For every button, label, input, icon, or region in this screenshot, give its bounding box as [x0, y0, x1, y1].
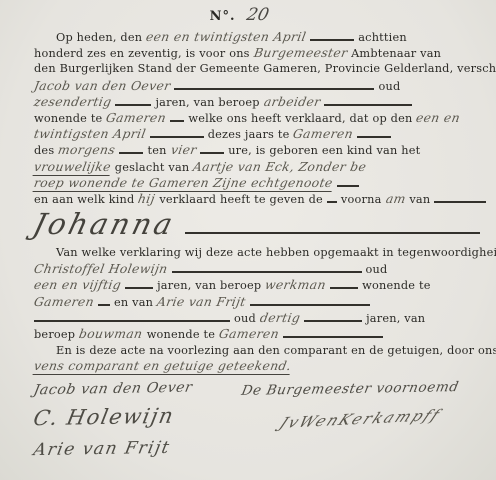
document-line: vens comparant en getuige geteekend. [34, 358, 484, 374]
printed-text: wonende te [362, 279, 430, 292]
printed-text: jaren, van beroep [157, 279, 261, 292]
printed-text: dezes jaars te [208, 128, 290, 141]
fill-rule [337, 177, 359, 187]
signature-row: Arie van Frijt [34, 439, 484, 469]
handwritten-text: twintigsten April [33, 126, 148, 142]
fill-rule [115, 96, 151, 106]
fill-rule [324, 96, 412, 106]
handwritten-text: am [384, 191, 407, 207]
document-line: wonende teGamerenwelke ons heeft verklaa… [34, 110, 484, 126]
handwritten-text: Aartje van Eck, Zonder be [192, 159, 368, 175]
document-line: vrouwelijkegeslacht vanAartje van Eck, Z… [34, 159, 484, 175]
printed-text: Ambtenaar van [351, 47, 441, 60]
burgemeester-autograph: JvWenKerkampff [277, 406, 445, 432]
printed-text: verklaard heeft te geven de [159, 193, 323, 206]
handwritten-text: een en vijftig [33, 277, 123, 293]
handwritten-text: Burgemeester [252, 45, 348, 61]
document-line: twintigsten Aprildezes jaars teGameren [34, 126, 484, 142]
document-line: honderd zes en zeventig, is voor onsBurg… [34, 45, 484, 61]
fill-rule [327, 193, 337, 203]
fill-rule [119, 144, 143, 154]
printed-text: oud [366, 263, 388, 276]
fill-rule [34, 312, 230, 322]
handwritten-text: werkman [264, 277, 328, 293]
fill-rule [250, 296, 370, 306]
fill-rule [200, 144, 224, 154]
document-line: Jacob van den Oeveroud [34, 78, 484, 94]
handwritten-text: Arie van Frijt [156, 294, 248, 310]
printed-text: en aan welk kind [34, 193, 134, 206]
handwritten-text: Gameren [292, 126, 355, 142]
printed-text: en van [114, 296, 153, 309]
signature-text: C. Holewijn [31, 403, 176, 429]
printed-text: jaren, van [366, 312, 425, 325]
handwritten-text: morgens [57, 142, 117, 158]
signature-row: C. HolewijnJvWenKerkampff [34, 405, 484, 439]
handwritten-text: bouwman [78, 326, 144, 342]
document-line: desmorgenstenvierure, is geboren een kin… [34, 142, 484, 158]
signature-text: Jacob van den Oever [32, 379, 194, 398]
handwritten-text: hij [137, 191, 157, 207]
printed-text: En is deze acte na voorlezing aan den co… [56, 344, 496, 357]
fill-rule [330, 279, 358, 289]
printed-text: Van welke verklaring wij deze acte hebbe… [56, 246, 496, 259]
fill-rule [185, 222, 480, 234]
document-line: Van welke verklaring wij deze acte hebbe… [34, 245, 484, 261]
handwritten-text: arbeider [262, 94, 321, 110]
printed-text: ure, is geboren een kind van het [228, 144, 420, 157]
printed-text: den Burgerlijken Stand der Gemeente Game… [34, 62, 496, 75]
document-line: Christoffel Holewijnoud [34, 261, 484, 277]
fill-rule [170, 112, 184, 122]
document-line: ouddertigjaren, van [34, 310, 484, 326]
fill-rule [125, 279, 153, 289]
handwritten-text-underlined: roep wonende te Gameren Zijne echtgenoot… [32, 175, 334, 192]
handwritten-text: Christoffel Holewijn [33, 261, 169, 277]
fill-rule [310, 31, 354, 41]
printed-text: Op heden, den [56, 31, 142, 44]
printed-text: achttien [358, 31, 407, 44]
printed-text: wonende te [34, 112, 102, 125]
fill-rule [150, 128, 204, 138]
handwritten-text: dertig [258, 310, 301, 326]
fill-rule [434, 193, 486, 203]
printed-text: wonende te [147, 328, 215, 341]
document-line: Johanna [34, 209, 484, 243]
handwritten-text-underlined: vrouwelijke [32, 159, 112, 176]
document-line: En is deze acte na voorlezing aan den co… [34, 342, 484, 358]
document-line: den Burgerlijken Stand der Gemeente Game… [34, 61, 484, 77]
printed-text: geslacht van [115, 161, 190, 174]
printed-text: beroep [34, 328, 75, 341]
printed-text: jaren, van beroep [155, 96, 259, 109]
printed-text: ten [147, 144, 166, 157]
signature-text: De Burgemeester voornoemd [240, 379, 460, 399]
fill-rule [174, 79, 374, 89]
document-line: zesendertigjaren, van beroeparbeider [34, 94, 484, 110]
printed-text: oud [378, 80, 400, 93]
document-line: roep wonende te Gameren Zijne echtgenoot… [34, 175, 484, 191]
handwritten-text: Jacob van den Oever [33, 78, 172, 94]
fill-rule [98, 296, 110, 306]
document-number-label: N°. [210, 9, 236, 24]
signature-block: Jacob van den OeverDe Burgemeester voorn… [34, 381, 484, 469]
printed-text: welke ons heeft verklaard, dat op den [188, 112, 412, 125]
handwritten-text: een en twintigsten April [145, 29, 308, 45]
handwritten-text: een en [415, 110, 462, 126]
printed-text: honderd zes en zeventig, is voor ons [34, 47, 250, 60]
document-line: Op heden, deneen en twintigsten Aprilach… [34, 29, 484, 45]
handwritten-text: Gameren [33, 294, 96, 310]
document-line: Gamerenen vanArie van Frijt [34, 294, 484, 310]
signature-row: Jacob van den OeverDe Burgemeester voorn… [34, 381, 484, 405]
document-line: een en vijftigjaren, van beroepwerkmanwo… [34, 277, 484, 293]
document-line: beroepbouwmanwonende teGameren [34, 326, 484, 342]
printed-text: des [34, 144, 54, 157]
printed-text: voorna [341, 193, 382, 206]
printed-text: oud [234, 312, 256, 325]
birth-certificate-scan: N°. 20 Op heden, deneen en twintigsten A… [0, 0, 496, 480]
document-line: en aan welk kindhijverklaard heeft te ge… [34, 191, 484, 207]
printed-text: van [409, 193, 430, 206]
handwritten-text: zesendertig [33, 94, 113, 110]
handwritten-child-name: Johanna [30, 209, 178, 239]
signature-text: Arie van Frijt [32, 437, 172, 459]
handwritten-text: vier [169, 142, 197, 158]
handwritten-text: Gameren [218, 326, 281, 342]
fill-rule [283, 328, 383, 338]
handwritten-text: Gameren [105, 110, 168, 126]
document-number-value: 20 [245, 6, 270, 24]
handwritten-text-underlined: vens comparant en getuige geteekend. [32, 358, 292, 375]
fill-rule [304, 312, 362, 322]
fill-rule [172, 263, 362, 273]
fill-rule [357, 128, 391, 138]
document-body: Op heden, deneen en twintigsten Aprilach… [34, 29, 484, 375]
document-number: N°. 20 [34, 6, 444, 24]
